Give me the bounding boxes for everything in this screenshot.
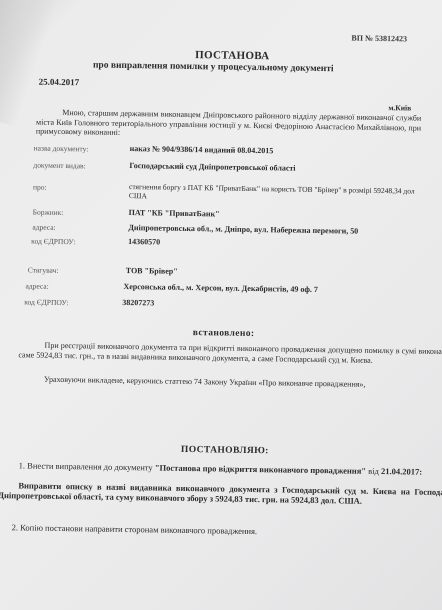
debtor-code-label: код ЄДРПОУ: — [31, 237, 75, 247]
document-body: ВП № 53812423 ПОСТАНОВА про виправлення … — [0, 0, 442, 7]
field-value-subject: стягнення боргу з ПАТ КБ "ПриватБанк" на… — [129, 183, 419, 205]
resolve-item-1-doc: "Постанова про відкриття виконавчого про… — [155, 462, 366, 475]
resolve-item-1-correction: Виправити описку в назві видавника викон… — [0, 480, 442, 508]
resolve-heading: ПОСТАНОВЛЯЮ: — [181, 445, 269, 456]
debtor-label: Боржник: — [33, 208, 64, 217]
field-value-issuer: Господарський суд Дніпропетровської обла… — [129, 161, 295, 173]
resolve-item-1-prefix: 1. Внести виправлення до документу — [19, 460, 155, 472]
resolve-item-1-date: 21.04.2017: — [381, 466, 422, 477]
field-value-doc-name: наказ № 904/9386/14 виданий 08.04.2015 — [130, 144, 274, 155]
photographed-document-page: ВП № 53812423 ПОСТАНОВА про виправлення … — [0, 0, 442, 610]
creditor-address-label: адреса: — [25, 281, 48, 290]
document-title: ПОСТАНОВА — [195, 49, 270, 62]
debtor-name: ПАТ "КБ "ПриватБанк" — [129, 208, 220, 218]
creditor-code: 38207273 — [122, 298, 154, 308]
debtor-code: 14360570 — [128, 237, 160, 247]
established-heading: встановлено: — [193, 328, 255, 339]
creditor-name: ТОВ "Брівер" — [126, 266, 178, 276]
field-label-doc-name: назва документу: — [34, 144, 89, 154]
case-number: ВП № 53812423 — [351, 34, 407, 44]
debtor-address: Дніпропетровська обл., м. Дніпро, вул. Н… — [128, 223, 358, 236]
field-label-issuer: документ видав: — [33, 161, 85, 171]
field-label-subject: про: — [33, 183, 47, 192]
intro-paragraph: Мною, старшим державним виконавцем Дніпр… — [36, 108, 421, 143]
resolve-item-2: 2. Копію постанови направити сторонам ви… — [12, 522, 257, 536]
considering-paragraph: Ураховуючи викладене, керуючись статтею … — [18, 374, 442, 391]
creditor-code-label: код ЄДРПОУ: — [24, 297, 68, 307]
document-city: м.Київ — [388, 103, 411, 112]
creditor-label: Стягувач: — [28, 265, 59, 274]
debtor-address-label: адреса: — [32, 223, 55, 232]
intro-text: Мною, старшим державним виконавцем Дніпр… — [36, 108, 421, 137]
resolve-item-1-from: від — [366, 466, 381, 476]
document-subtitle: про виправлення помилки у процесуальному… — [93, 60, 334, 74]
creditor-address: Херсонська обл., м. Херсон, вул. Декабри… — [123, 282, 318, 294]
document-date: 25.04.2017 — [39, 77, 80, 88]
resolve-item-1: 1. Внести виправлення до документу "Пост… — [5, 460, 442, 478]
established-paragraph: При реєстрації виконавчого документа та … — [18, 340, 442, 366]
